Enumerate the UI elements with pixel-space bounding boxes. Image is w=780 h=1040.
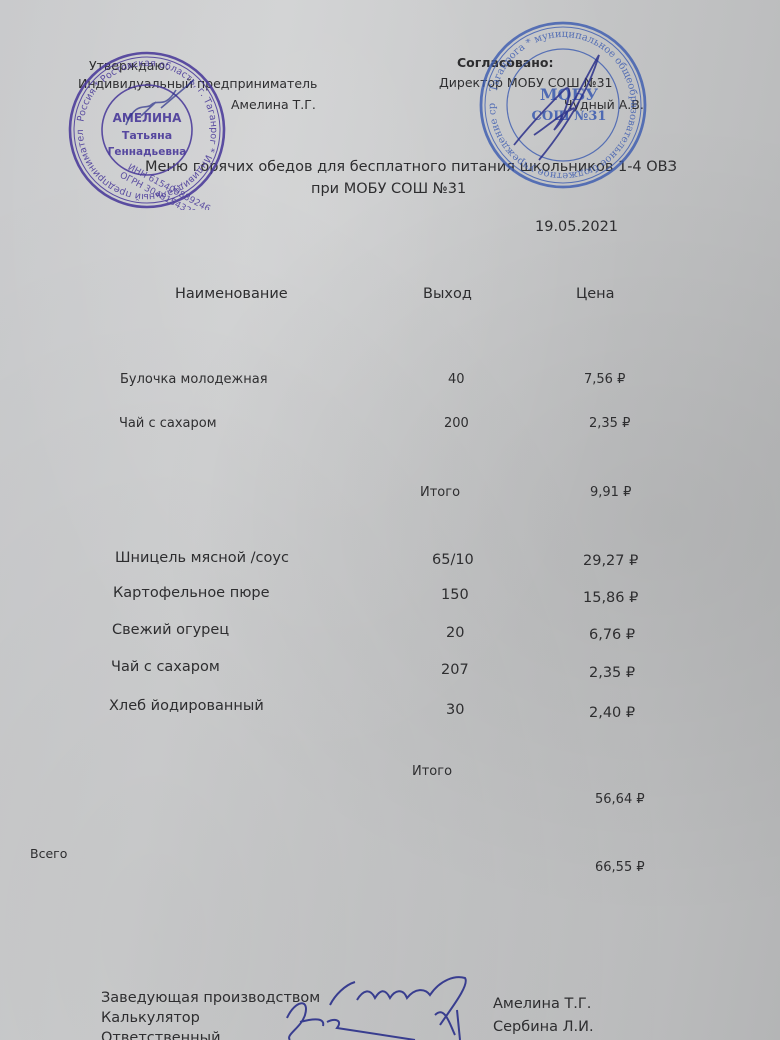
item-name: Чай с сахаром [111,659,220,675]
item-price: 2,40 ₽ [589,705,635,721]
signature-name: Амелина Т.Г. [493,996,591,1012]
section-2-total-value: 56,64 ₽ [595,792,645,807]
item-name: Шницель мясной /соус [115,550,289,566]
approver-name: Амелина Т.Г. [231,97,316,112]
svg-text:АМЕЛИНА: АМЕЛИНА [113,111,182,125]
item-name: Хлеб йодированный [109,698,264,714]
item-yield: 30 [446,702,464,718]
item-price: 15,86 ₽ [583,590,638,606]
item-price: 7,56 ₽ [584,372,625,387]
item-price: 2,35 ₽ [589,416,630,431]
signature-role: Калькулятор [101,1010,200,1026]
item-name: Картофельное пюре [113,585,270,601]
signature-role: Ответственный [101,1030,221,1040]
item-name: Чай с сахаром [119,416,217,431]
column-header-yield: Выход [423,286,472,302]
title-line2: при МОБУ СОШ №31 [311,181,466,197]
item-yield: 150 [441,587,469,603]
item-yield: 207 [441,662,469,678]
item-yield: 40 [448,372,465,387]
item-yield: 200 [444,416,469,431]
column-header-name: Наименование [175,286,288,302]
section-1-total-value: 9,91 ₽ [590,485,631,500]
item-yield: 20 [446,625,464,641]
item-name: Булочка молодежная [120,372,268,387]
section-1-total-label: Итого [420,485,460,500]
document-date: 19.05.2021 [535,219,618,235]
document-page: Утверждаю: Индивидуальный предпринимател… [0,0,780,1040]
svg-text:Геннадьевна: Геннадьевна [108,146,187,158]
grand-total-value: 66,55 ₽ [595,860,645,875]
svg-text:Татьяна: Татьяна [122,129,172,142]
stamp-school-icon: Таганрога * муниципальное общеобразовате… [474,20,652,190]
item-yield: 65/10 [432,552,474,568]
item-price: 6,76 ₽ [589,627,635,643]
item-price: 2,35 ₽ [589,665,635,681]
handwritten-signature-icon [265,970,495,1040]
grand-total-label: Всего [30,846,67,861]
stamp-entrepreneur-icon: Россия * Ростовская область, г. Таганрог… [66,50,228,210]
column-header-price: Цена [576,286,615,302]
item-price: 29,27 ₽ [583,553,638,569]
section-2-total-label: Итого [412,764,452,779]
signature-name: Сербина Л.И. [493,1019,594,1035]
item-name: Свежий огурец [112,622,229,638]
